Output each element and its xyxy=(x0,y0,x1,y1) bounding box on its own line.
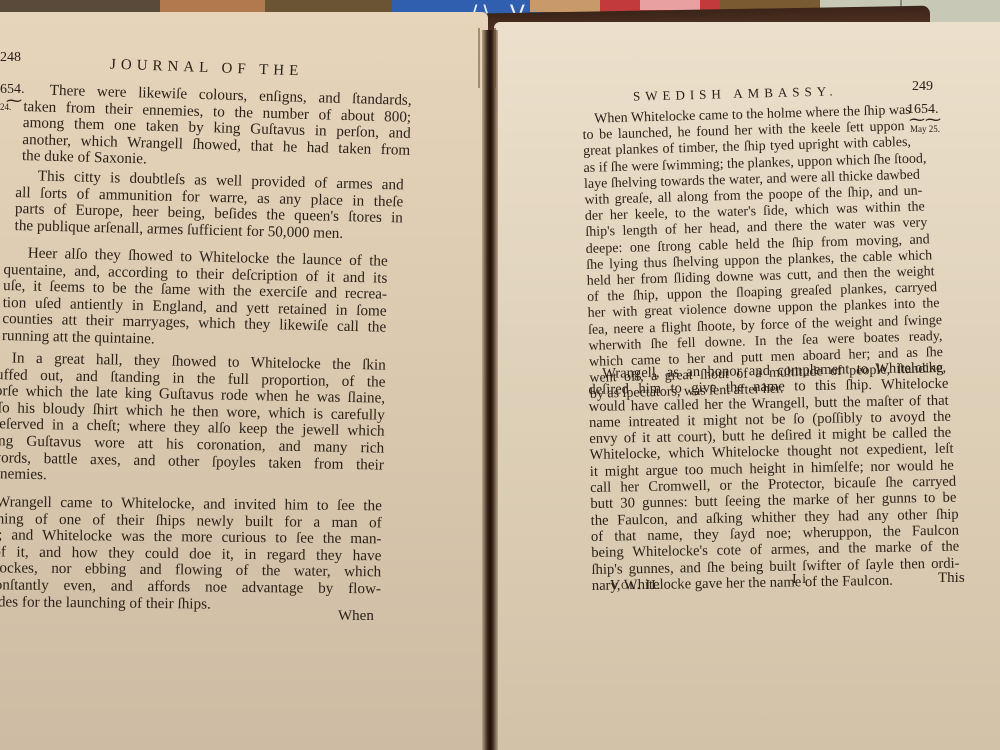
right-catchword: This xyxy=(938,570,965,587)
left-paragraph-2: This citty is doubtleſs as well provided… xyxy=(14,168,404,244)
book-spine-gutter xyxy=(482,30,498,750)
left-paragraph-1: There were likewiſe colours, enſigns, an… xyxy=(22,82,412,176)
right-page-number: 249 xyxy=(912,79,933,95)
left-paragraph-3: Heer alſo they ſhowed to Whitelocke the … xyxy=(2,245,392,353)
binding-thread xyxy=(478,28,496,88)
right-paragraph-2: Wrangell, as an honor and complement to … xyxy=(588,360,960,595)
right-paragraph-1: When Whitelocke came to the holme where … xyxy=(582,102,945,403)
left-paragraph-4: In a great hall, they ſhowed to Whiteloc… xyxy=(0,350,386,490)
background-pink-object xyxy=(640,0,700,10)
volume-label: Vol. II. xyxy=(610,578,661,594)
left-page-number: 248 xyxy=(0,50,21,66)
left-catchword: When xyxy=(338,608,374,625)
left-paragraph-5: Wrangell came to Whitelocke, and invited… xyxy=(0,494,382,615)
left-margin-date: 24. xyxy=(0,102,11,112)
signature-mark: I i xyxy=(792,572,807,588)
